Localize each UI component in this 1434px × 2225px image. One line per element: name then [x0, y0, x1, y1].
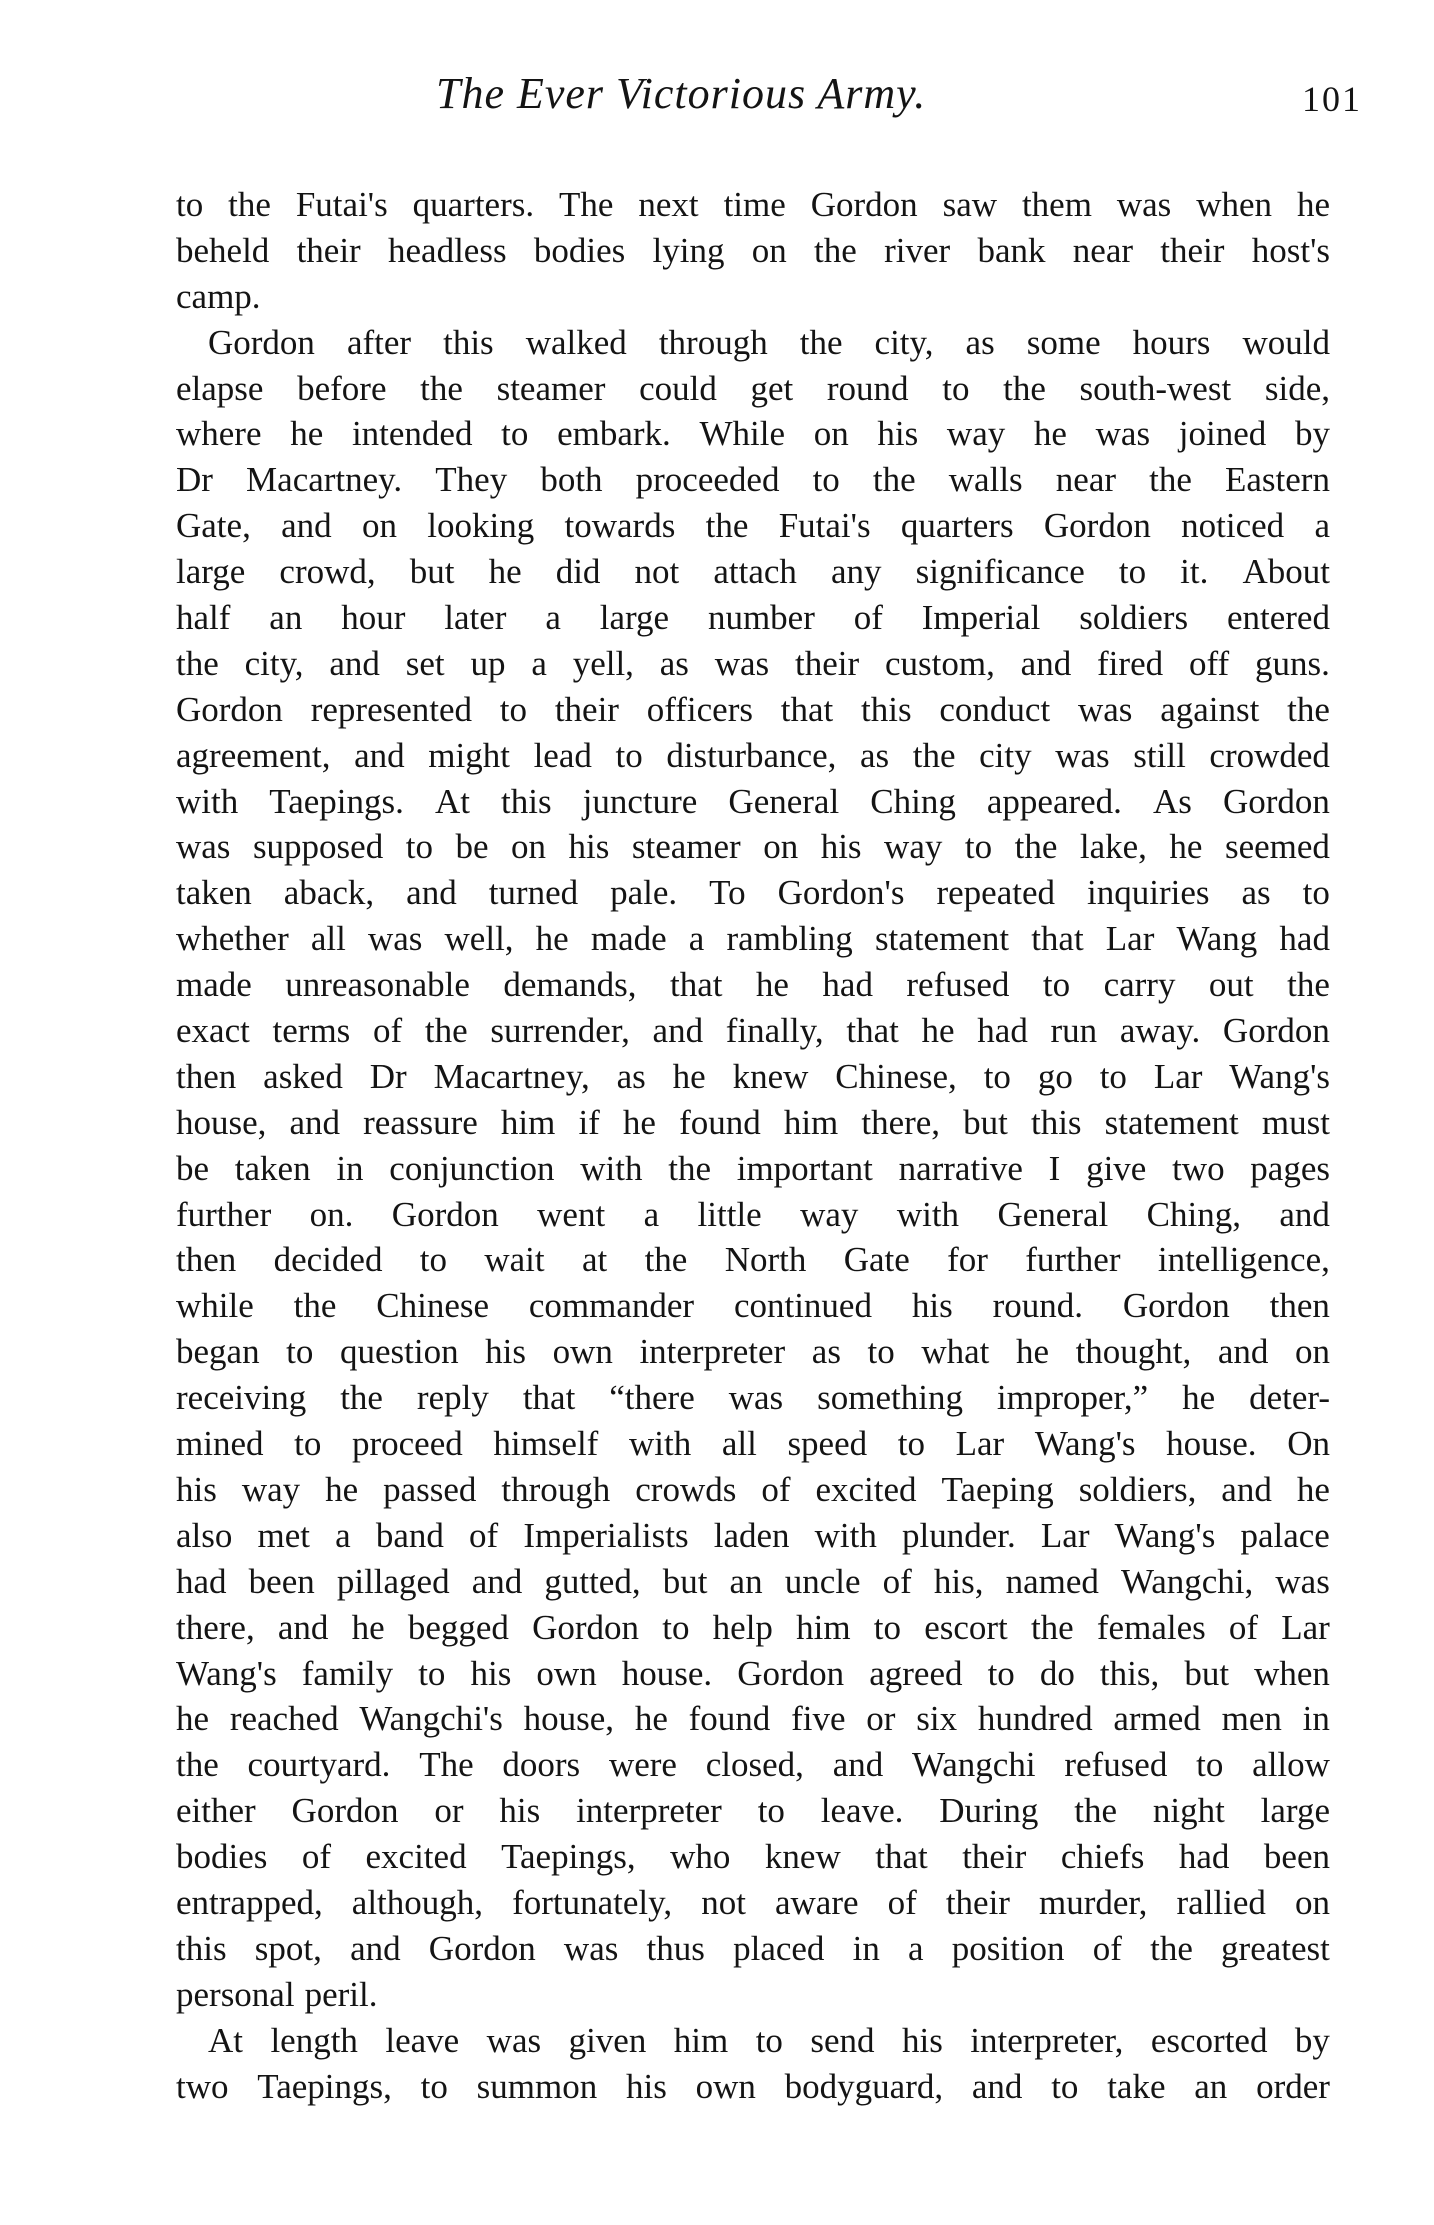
text-line: personalperil.: [176, 1972, 1330, 2018]
text-line: camp.: [176, 274, 1330, 320]
text-line: elapsebeforethesteamercouldgetroundtothe…: [176, 366, 1330, 412]
text-line: betakeninconjunctionwiththeimportantnarr…: [176, 1146, 1330, 1192]
text-line: furtheron.GordonwentalittlewaywithGenera…: [176, 1192, 1330, 1238]
text-line: agreement,andmightleadtodisturbance,asth…: [176, 733, 1330, 779]
text-line: whereheintendedtoembark.Whileonhiswayhew…: [176, 411, 1330, 457]
text-line: alsometabandofImperialistsladenwithplund…: [176, 1513, 1330, 1559]
text-line: whiletheChinesecommandercontinuedhisroun…: [176, 1283, 1330, 1329]
text-line: thecity,andsetupayell,aswastheircustom,a…: [176, 641, 1330, 687]
text-line: Gate,andonlookingtowardstheFutai'squarte…: [176, 503, 1330, 549]
text-line: eitherGordonorhisinterpretertoleave.Duri…: [176, 1788, 1330, 1834]
body-text: totheFutai'squarters.ThenexttimeGordonsa…: [176, 182, 1330, 2109]
text-line: minedtoproceedhimselfwithallspeedtoLarWa…: [176, 1421, 1330, 1467]
text-line: halfanhourlateralargenumberofImperialsol…: [176, 595, 1330, 641]
text-line: exacttermsofthesurrender,andfinally,that…: [176, 1008, 1330, 1054]
page-number: 101: [1302, 78, 1362, 120]
text-line: madeunreasonabledemands,thathehadrefused…: [176, 962, 1330, 1008]
text-line: thecourtyard.Thedoorswereclosed,andWangc…: [176, 1742, 1330, 1788]
text-line: entrapped,although,fortunately,notawareo…: [176, 1880, 1330, 1926]
text-line: largecrowd,buthedidnotattachanysignifica…: [176, 549, 1330, 595]
text-line: thenaskedDrMacartney,asheknewChinese,tog…: [176, 1054, 1330, 1100]
text-line: totheFutai'squarters.ThenexttimeGordonsa…: [176, 182, 1330, 228]
paragraph: totheFutai'squarters.ThenexttimeGordonsa…: [176, 182, 1330, 320]
text-line: Gordonafterthiswalkedthroughthecity,asso…: [176, 320, 1330, 366]
text-line: thisspot,andGordonwasthusplacedinapositi…: [176, 1926, 1330, 1972]
text-line: DrMacartney.Theybothproceededtothewallsn…: [176, 457, 1330, 503]
text-line: hereachedWangchi'shouse,hefoundfiveorsix…: [176, 1696, 1330, 1742]
text-line: beheldtheirheadlessbodieslyingontheriver…: [176, 228, 1330, 274]
text-line: receivingthereplythat“therewassomethingi…: [176, 1375, 1330, 1421]
text-line: hiswayhepassedthroughcrowdsofexcitedTaep…: [176, 1467, 1330, 1513]
text-line: bodiesofexcitedTaepings,whoknewthattheir…: [176, 1834, 1330, 1880]
text-line: there,andhebeggedGordontohelphimtoescort…: [176, 1605, 1330, 1651]
text-line: twoTaepings,tosummonhisownbodyguard,andt…: [176, 2064, 1330, 2110]
text-line: withTaepings.AtthisjunctureGeneralChinga…: [176, 779, 1330, 825]
text-line: house,andreassurehimifhefoundhimthere,bu…: [176, 1100, 1330, 1146]
text-line: hadbeenpillagedandgutted,butanuncleofhis…: [176, 1559, 1330, 1605]
text-line: Atlengthleavewasgivenhimtosendhisinterpr…: [176, 2018, 1330, 2064]
paragraph: Atlengthleavewasgivenhimtosendhisinterpr…: [176, 2018, 1330, 2110]
text-line: Gordonrepresentedtotheirofficersthatthis…: [176, 687, 1330, 733]
text-line: takenaback,andturnedpale.ToGordon'srepea…: [176, 870, 1330, 916]
text-line: thendecidedtowaitattheNorthGateforfurthe…: [176, 1237, 1330, 1283]
running-head: The Ever Victorious Army. 101: [0, 68, 1434, 128]
text-line: whetherallwaswell,hemadearamblingstateme…: [176, 916, 1330, 962]
paragraph: Gordonafterthiswalkedthroughthecity,asso…: [176, 320, 1330, 2018]
text-line: wassupposedtobeonhissteameronhiswaytothe…: [176, 824, 1330, 870]
text-line: Wang'sfamilytohisownhouse.Gordonagreedto…: [176, 1651, 1330, 1697]
text-line: begantoquestionhisowninterpreterastowhat…: [176, 1329, 1330, 1375]
running-title: The Ever Victorious Army.: [436, 68, 926, 119]
